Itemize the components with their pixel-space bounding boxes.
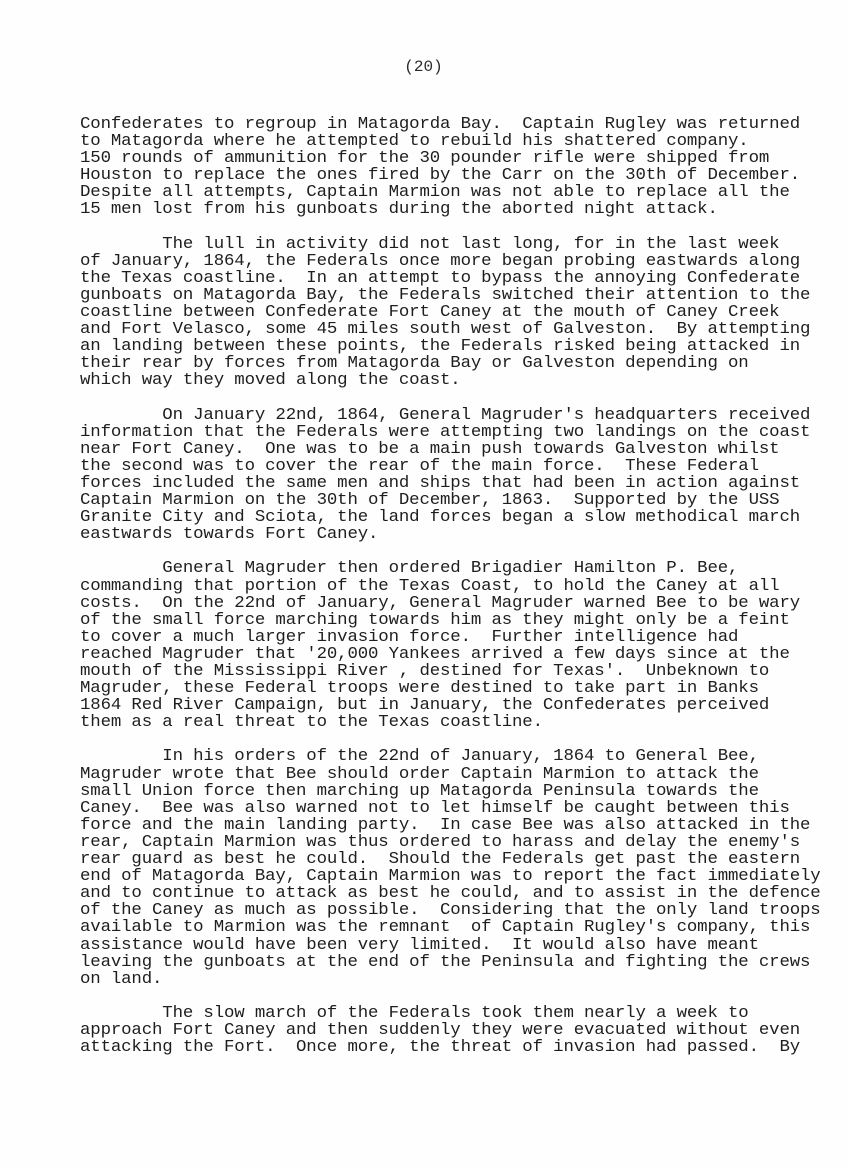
text-line: rear guard as best he could. Should the … [80,851,820,868]
text-line: Magruder wrote that Bee should order Cap… [80,766,820,783]
text-line: Confederates to regroup in Matagorda Bay… [80,116,820,133]
text-line: eastwards towards Fort Caney. [80,526,820,543]
text-line: The lull in activity did not last long, … [80,236,820,253]
body-text: Confederates to regroup in Matagorda Bay… [80,116,820,1073]
text-line: the Texas coastline. In an attempt to by… [80,270,820,287]
text-line: near Fort Caney. One was to be a main pu… [80,441,820,458]
text-line: an landing between these points, the Fed… [80,338,820,355]
paragraph: On January 22nd, 1864, General Magruder'… [80,407,820,544]
text-line: to Matagorda where he attempted to rebui… [80,133,820,150]
text-line: 150 rounds of ammunition for the 30 poun… [80,150,820,167]
document-page: (20) Confederates to regroup in Matagord… [0,0,847,1169]
page-number: (20) [0,58,847,76]
text-line: force and the main landing party. In cas… [80,817,820,834]
text-line: leaving the gunboats at the end of the P… [80,954,820,971]
text-line: and Fort Velasco, some 45 miles south we… [80,321,820,338]
text-line: them as a real threat to the Texas coast… [80,714,820,731]
text-line: mouth of the Mississippi River , destine… [80,663,820,680]
text-line: In his orders of the 22nd of January, 18… [80,749,820,766]
text-line: on land. [80,971,820,988]
text-line: Magruder, these Federal troops were dest… [80,680,820,697]
text-line: 15 men lost from his gunboats during the… [80,202,820,219]
text-line: Captain Marmion on the 30th of December,… [80,492,820,509]
text-line: On January 22nd, 1864, General Magruder'… [80,407,820,424]
paragraph: Confederates to regroup in Matagorda Bay… [80,116,820,219]
text-line: Granite City and Sciota, the land forces… [80,509,820,526]
text-line: available to Marmion was the remnant of … [80,920,820,937]
text-line: rear, Captain Marmion was thus ordered t… [80,834,820,851]
text-line: forces included the same men and ships t… [80,475,820,492]
paragraph: The slow march of the Federals took them… [80,1005,820,1056]
paragraph: In his orders of the 22nd of January, 18… [80,748,820,987]
text-line: information that the Federals were attem… [80,424,820,441]
text-line: gunboats on Matagorda Bay, the Federals … [80,287,820,304]
text-line: to cover a much larger invasion force. F… [80,629,820,646]
text-line: coastline between Confederate Fort Caney… [80,304,820,321]
paragraph: General Magruder then ordered Brigadier … [80,560,820,731]
text-line: Despite all attempts, Captain Marmion wa… [80,185,820,202]
text-line: Houston to replace the ones fired by the… [80,167,820,184]
text-line: their rear by forces from Matagorda Bay … [80,355,820,372]
text-line: General Magruder then ordered Brigadier … [80,561,820,578]
text-line: 1864 Red River Campaign, but in January,… [80,697,820,714]
text-line: of the small force marching towards him … [80,612,820,629]
text-line: and to continue to attack as best he cou… [80,885,820,902]
text-line: reached Magruder that '20,000 Yankees ar… [80,646,820,663]
text-line: The slow march of the Federals took them… [80,1005,820,1022]
text-line: end of Matagorda Bay, Captain Marmion wa… [80,868,820,885]
text-line: of the Caney as much as possible. Consid… [80,902,820,919]
text-line: of January, 1864, the Federals once more… [80,253,820,270]
text-line: assistance would have been very limited.… [80,937,820,954]
text-line: Caney. Bee was also warned not to let hi… [80,800,820,817]
paragraph: The lull in activity did not last long, … [80,236,820,390]
text-line: costs. On the 22nd of January, General M… [80,595,820,612]
text-line: attacking the Fort. Once more, the threa… [80,1039,820,1056]
text-line: small Union force then marching up Matag… [80,783,820,800]
text-line: commanding that portion of the Texas Coa… [80,578,820,595]
text-line: the second was to cover the rear of the … [80,458,820,475]
text-line: approach Fort Caney and then suddenly th… [80,1022,820,1039]
text-line: which way they moved along the coast. [80,373,820,390]
